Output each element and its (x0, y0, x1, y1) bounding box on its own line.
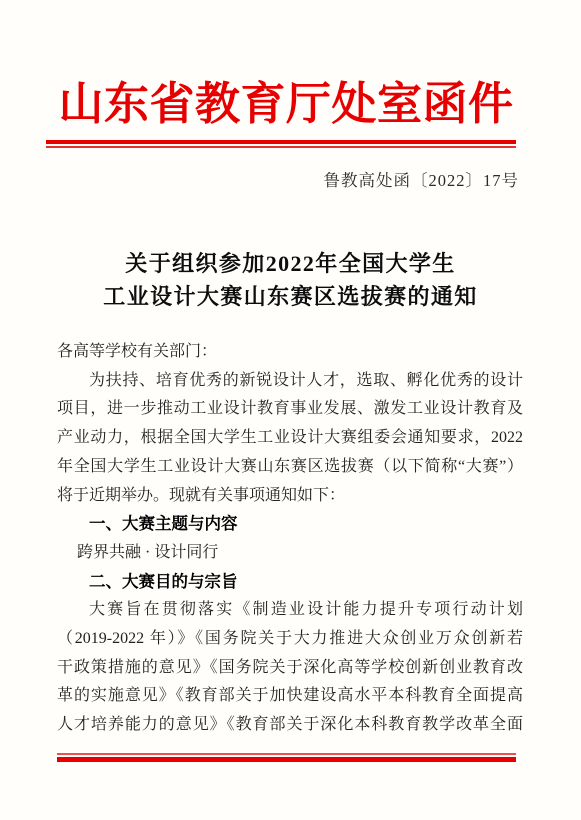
paragraph-2-line: （2019-2022 年）》《国务院关于大力推进大众创业万众创新若 (57, 625, 523, 654)
section-heading-1: 一、大赛主题与内容 (57, 510, 523, 539)
document-page: 山东省教育厅处室函件 鲁教高处函〔2022〕17号 关于组织参加2022年全国大… (0, 0, 581, 820)
paragraph-1-line: 项目，进一步推动工业设计教育事业发展、激发工业设计教育及 (57, 395, 523, 424)
document-body: 各高等学校有关部门： 为扶持、培育优秀的新锐设计人才，选取、孵化优秀的设计 项目… (57, 338, 523, 740)
paragraph-2-line: 干政策措施的意见》《国务院关于深化高等学校创新创业教育改 (57, 654, 523, 683)
section-heading-2: 二、大赛目的与宗旨 (57, 568, 523, 597)
theme-line: 跨界共融 · 设计同行 (57, 539, 523, 568)
paragraph-1-line: 产业动力，根据全国大学生工业设计大赛组委会通知要求，2022 (57, 424, 523, 453)
paragraph-1-line: 为扶持、培育优秀的新锐设计人才，选取、孵化优秀的设计 (57, 367, 523, 396)
footer-divider-thick-line (57, 757, 516, 762)
document-number: 鲁教高处函〔2022〕17号 (324, 170, 520, 192)
paragraph-1-line: 年全国大学生工业设计大赛山东赛区选拔赛（以下简称“大赛”） (57, 453, 523, 482)
footer-divider (57, 753, 516, 762)
document-title-line2: 工业设计大赛山东赛区选拔赛的通知 (0, 280, 581, 313)
header-divider-thin-line (46, 146, 516, 148)
paragraph-1-line: 将于近期举办。现就有关事项通知如下： (57, 482, 523, 511)
paragraph-2-line: 人才培养能力的意见》《教育部关于深化本科教育教学改革全面 (57, 711, 523, 740)
paragraph-2-line: 大赛旨在贯彻落实《制造业设计能力提升专项行动计划 (57, 596, 523, 625)
masthead-title: 山东省教育厅处室函件 (0, 76, 572, 132)
header-divider (46, 140, 516, 148)
document-title-line1: 关于组织参加2022年全国大学生 (0, 247, 581, 280)
paragraph-2-line: 革的实施意见》《教育部关于加快建设高水平本科教育全面提高 (57, 682, 523, 711)
document-title: 关于组织参加2022年全国大学生 工业设计大赛山东赛区选拔赛的通知 (0, 247, 581, 313)
salutation: 各高等学校有关部门： (57, 338, 523, 367)
